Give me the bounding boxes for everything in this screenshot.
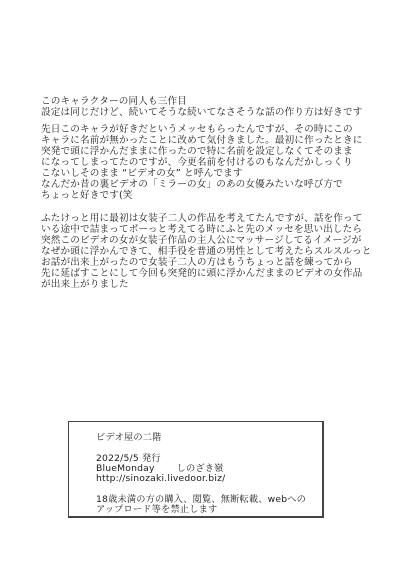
text-line: なぜか頭に浮かんできて、相手役を普通の男性として考えたらスルスルっと <box>41 246 371 257</box>
colophon-box: ビデオ屋の二階 2022/5/5 発行 BlueMondayしのざき嶺 http… <box>68 421 324 518</box>
text-line: こないしそのまま “ビデオの女” と呼んでます <box>41 168 371 179</box>
text-line: が出来上がりました <box>41 279 371 290</box>
afterword-paragraph-3: ふたけっと用に最初は女装子二人の作品を考えてたんですが、話を作って いる途中で詰… <box>41 213 371 290</box>
text-line: 設定は同じだけど、続いてそうな続いてなさそうな話の作り方は好きです <box>41 107 371 118</box>
text-line: なんだか昔の裏ビデオの「ミラーの女」のあの女優みたいな呼び方で <box>41 179 371 190</box>
age-restriction-notice-line-2: アップロード等を禁止します <box>96 505 217 515</box>
website-url: http://sinozaki.livedoor.biz/ <box>96 474 225 484</box>
text-line: お話が出来上がったので女装子二人の方はもうちょっと話を練ってから <box>41 257 371 268</box>
text-line: ふたけっと用に最初は女装子二人の作品を考えてたんですが、話を作って <box>41 213 371 224</box>
text-line: になってしまってたのですが、今更名前を付けるのもなんだかしっくり <box>41 157 371 168</box>
text-line: いる途中で詰まってボーっと考えてる時にふと先のメッセを思い出したら <box>41 224 371 235</box>
text-line: 先日このキャラが好きだというメッセもらったんですが、その時にこの <box>41 124 371 135</box>
book-page: このキャラクターの同人も三作目 設定は同じだけど、続いてそうな続いてなさそうな話… <box>0 0 400 567</box>
text-line: キャラに名前が無かったことに改めて気付きました。最初に作ったときに <box>41 135 371 146</box>
text-line: 突然このビデオの女が女装子作品の主人公にマッサージしてるイメージが <box>41 235 371 246</box>
text-line: 突発で頭に浮かんだままに作ったので特に名前を設定しなくてそのまま <box>41 146 371 157</box>
afterword-paragraph-2: 先日このキャラが好きだというメッセもらったんですが、その時にこの キャラに名前が… <box>41 124 371 201</box>
colophon-title: ビデオ屋の二階 <box>96 433 162 443</box>
text-line: このキャラクターの同人も三作目 <box>41 96 371 107</box>
afterword-paragraph-1: このキャラクターの同人も三作目 設定は同じだけど、続いてそうな続いてなさそうな話… <box>41 96 371 118</box>
text-line: 先に延ばすことにして今回も突発的に頭に浮かんだままのビデオの女作品 <box>41 268 371 279</box>
text-line: ちょっと好きです(笑 <box>41 190 371 201</box>
